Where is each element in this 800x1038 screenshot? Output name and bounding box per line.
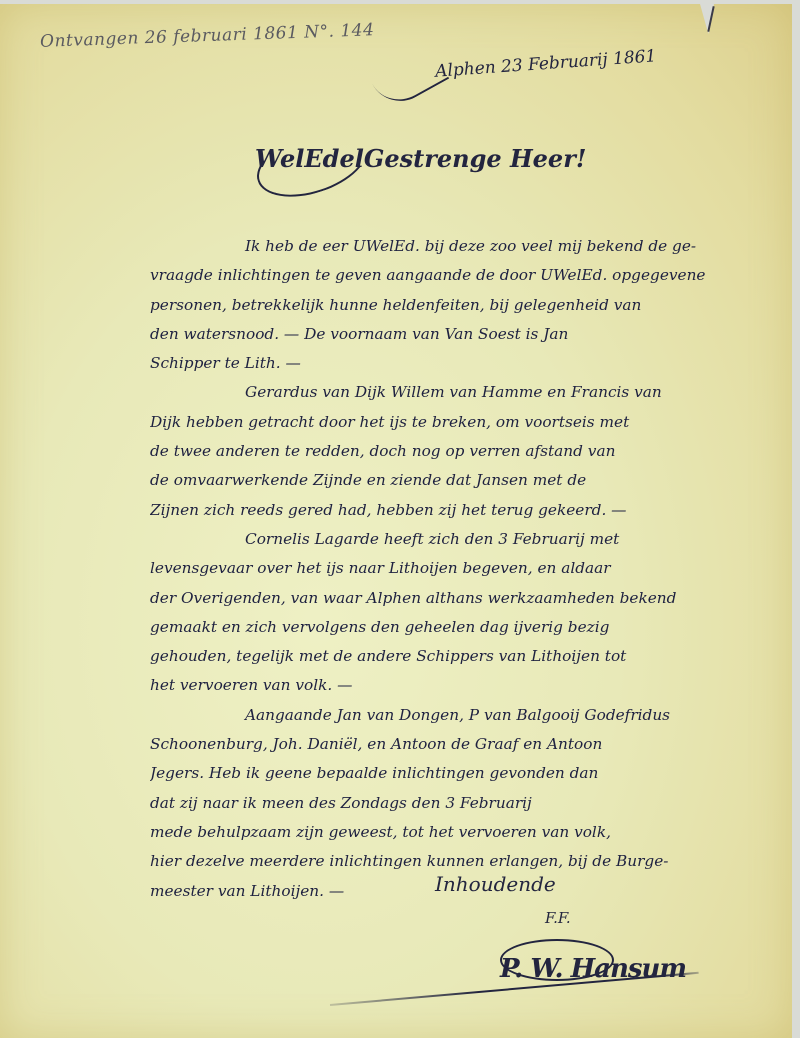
body-line: gemaakt en zich vervolgens den geheelen …	[150, 613, 790, 642]
body-line: Gerardus van Dijk Willem van Hamme en Fr…	[150, 378, 790, 407]
body-line: dat zij naar ik meen des Zondags den 3 F…	[150, 789, 790, 818]
body-line: Ik heb de eer UWelEd. bij deze zoo veel …	[150, 232, 790, 261]
salutation: WelEdelGestrenge Heer!	[255, 144, 586, 173]
initials: F.F.	[545, 909, 571, 927]
receipt-note: Ontvangen 26 februari 1861 N°. 144	[40, 20, 375, 52]
body-line: gehouden, tegelijk met de andere Schippe…	[150, 642, 790, 671]
letter-body: Ik heb de eer UWelEd. bij deze zoo veel …	[150, 232, 790, 906]
body-line: Schipper te Lith. —	[150, 349, 790, 378]
body-line: der Overigenden, van waar Alphen althans…	[150, 584, 790, 613]
body-line: Dijk hebben getracht door het ijs te bre…	[150, 408, 790, 437]
letter-page: Ontvangen 26 februari 1861 N°. 144 Alphe…	[0, 4, 792, 1038]
closing: Inhoudende	[435, 872, 556, 896]
body-line: Cornelis Lagarde heeft zich den 3 Februa…	[150, 525, 790, 554]
place-date: Alphen 23 Februarij 1861	[435, 46, 657, 81]
body-line: den watersnood. — De voornaam van Van So…	[150, 320, 790, 349]
body-line: mede behulpzaam zijn geweest, tot het ve…	[150, 818, 790, 847]
body-line: Jegers. Heb ik geene bepaalde inlichting…	[150, 759, 790, 788]
body-line: personen, betrekkelijk hunne heldenfeite…	[150, 291, 790, 320]
body-line: Aangaande Jan van Dongen, P van Balgooij…	[150, 701, 790, 730]
body-line: vraagde inlichtingen te geven aangaande …	[150, 261, 790, 290]
body-line: de twee anderen te redden, doch nog op v…	[150, 437, 790, 466]
body-line: de omvaarwerkende Zijnde en ziende dat J…	[150, 466, 790, 495]
body-line: levensgevaar over het ijs naar Lithoijen…	[150, 554, 790, 583]
body-line: het vervoeren van volk. —	[150, 671, 790, 700]
body-line: Zijnen zich reeds gered had, hebben zij …	[150, 496, 790, 525]
signature: P. W. Hansum	[500, 954, 686, 984]
body-line: Schoonenburg, Joh. Daniël, en Antoon de …	[150, 730, 790, 759]
